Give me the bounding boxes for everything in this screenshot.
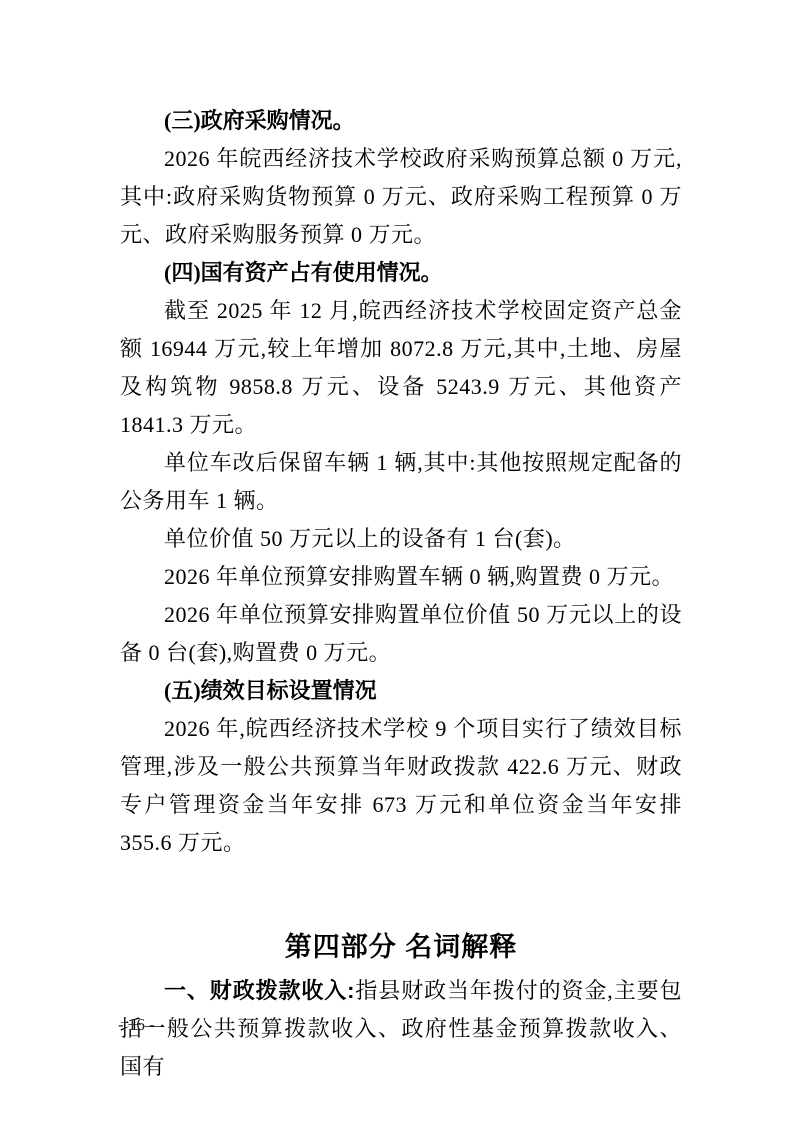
section-heading-performance-goals: (五)绩效目标设置情况 [120, 672, 682, 710]
glossary-entry-fiscal-appropriation: 一、财政拨款收入:指县财政当年拨付的资金,主要包括一般公共预算拨款收入、政府性基… [120, 972, 682, 1086]
paragraph-vehicle-purchase-plan: 2026 年单位预算安排购置车辆 0 辆,购置费 0 万元。 [120, 558, 682, 596]
page-number: - 16 - [118, 1014, 155, 1036]
paragraph-fixed-assets-total: 截至 2025 年 12 月,皖西经济技术学校固定资产总金额 16944 万元,… [120, 292, 682, 444]
section-heading-state-assets: (四)国有资产占有使用情况。 [120, 254, 682, 292]
paragraph-retained-vehicles: 单位车改后保留车辆 1 辆,其中:其他按照规定配备的公务用车 1 辆。 [120, 444, 682, 520]
paragraph-procurement-budget: 2026 年皖西经济技术学校政府采购预算总额 0 万元,其中:政府采购货物预算 … [120, 140, 682, 254]
document-page: (三)政府采购情况。 2026 年皖西经济技术学校政府采购预算总额 0 万元,其… [0, 0, 793, 1122]
page-content: (三)政府采购情况。 2026 年皖西经济技术学校政府采购预算总额 0 万元,其… [120, 102, 682, 1086]
paragraph-equipment-purchase-plan: 2026 年单位预算安排购置单位价值 50 万元以上的设备 0 台(套),购置费… [120, 596, 682, 672]
paragraph-performance-goals: 2026 年,皖西经济技术学校 9 个项目实行了绩效目标管理,涉及一般公共预算当… [120, 710, 682, 862]
glossary-term: 一、财政拨款收入: [164, 978, 355, 1003]
paragraph-equipment-over-50w: 单位价值 50 万元以上的设备有 1 台(套)。 [120, 520, 682, 558]
section-heading-government-procurement: (三)政府采购情况。 [120, 102, 682, 140]
part-4-title: 第四部分 名词解释 [120, 926, 682, 968]
